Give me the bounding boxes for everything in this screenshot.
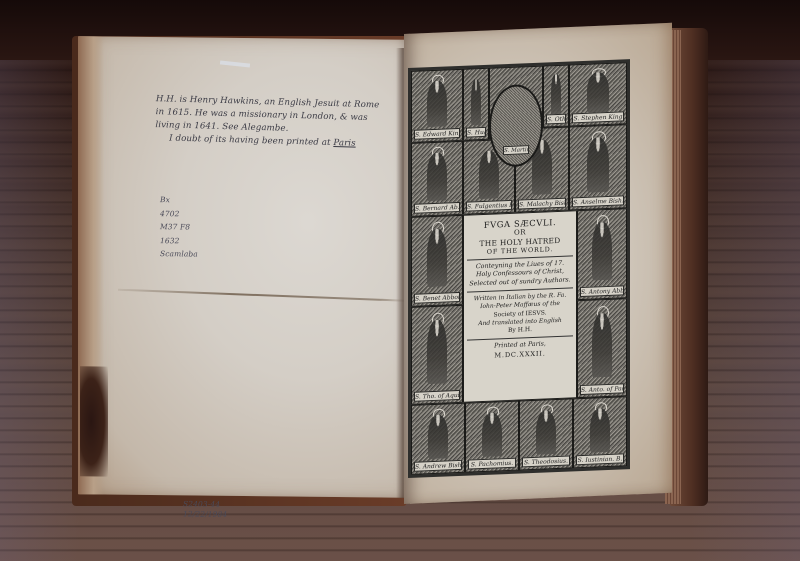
saint-panel: S. Edward King — [411, 69, 463, 143]
wood-table-left — [0, 60, 80, 561]
accession-line: S2403-44 — [183, 499, 227, 509]
saint-panel: S. Antony Abbot — [577, 208, 627, 300]
saint-figure — [592, 313, 611, 377]
shelfmark-line: Scamlaba — [160, 247, 198, 261]
left-page-flyleaf: H.H. is Henry Hawkins, an English Jesuit… — [78, 36, 406, 497]
saint-label: S. Hugh — [466, 127, 486, 138]
saint-panel: S. Benet Abbot — [411, 215, 463, 307]
saint-label: S. Edward King — [414, 128, 460, 140]
saint-label: S. Pachomius. — [468, 458, 516, 470]
imprint: Printed at Paris, M.DC.XXXII. — [464, 336, 576, 360]
saint-label: S. Anselme Bish. — [572, 195, 624, 207]
title-cartouche: FVGA SÆCVLI. OR THE HOLY HATRED OF THE W… — [463, 210, 577, 403]
saint-panel: S. Stephen King — [569, 62, 627, 126]
saint-figure — [427, 320, 447, 384]
saint-label: S. Stephen King — [572, 111, 624, 123]
title-description: Conteyning the Liues of 17. Holy Confess… — [467, 256, 573, 292]
page-crease — [118, 289, 408, 302]
saint-panel: S. Theodosius. — [519, 398, 573, 470]
saint-figure — [590, 407, 611, 453]
saint-panel: S. Tho. of Aquin. — [411, 305, 463, 405]
saint-label: S. Malachy Bish. — [518, 198, 566, 210]
saint-label: S. Otho — [546, 114, 566, 125]
author-statement: Written in Italian by the R. Fa. Iohn-Pe… — [467, 289, 573, 341]
shelfmark-line: Bx — [160, 193, 198, 207]
saint-label: S. Iustinian. B. — [576, 453, 624, 465]
saint-figure — [587, 137, 609, 192]
saint-label: S. Tho. of Aquin. — [414, 390, 460, 402]
saint-label: S. Antony Abbot — [580, 285, 624, 297]
saint-panel: S. Pachomius. — [465, 401, 519, 473]
saint-figure — [536, 410, 557, 456]
underlined-word: Paris — [333, 138, 355, 149]
saint-label: S. Benet Abbot — [414, 292, 460, 304]
saint-label: S. Fulgentius B. — [466, 200, 512, 212]
saint-panel: S. Anto. of Padua — [577, 298, 627, 398]
saint-figure — [482, 412, 503, 458]
saint-label: S. Bernard Ab. — [414, 202, 460, 214]
handwritten-note: H.H. is Henry Hawkins, an English Jesuit… — [155, 93, 379, 151]
saint-panel: S. Iustinian. B. — [573, 396, 627, 468]
saint-panel: S. Bernard Ab. — [411, 141, 463, 217]
water-stain — [80, 366, 108, 476]
saint-label: S. Theodosius. — [522, 455, 570, 467]
saint-label: S. Anto. of Padua — [580, 383, 624, 395]
saint-figure — [592, 222, 611, 281]
saint-figure — [428, 414, 449, 460]
saint-figure — [471, 79, 481, 126]
saint-figure — [551, 74, 561, 114]
shelfmark-line: M37 F8 — [160, 220, 198, 234]
shelfmark-line: 1632 — [160, 234, 198, 248]
engraved-title-page: S. Edward King S. Hugh S. Otho S. Stephe… — [408, 59, 630, 478]
saint-panel: S. Anselme Bish. — [569, 124, 627, 210]
saint-panel-grid: S. Edward King S. Hugh S. Otho S. Stephe… — [411, 62, 627, 475]
saint-figure — [427, 229, 447, 288]
saint-panel: S. Hugh — [463, 68, 489, 141]
saint-figure — [427, 80, 447, 127]
shelfmark-line: 4702 — [160, 207, 198, 221]
saint-panel: S. Andrew Bish. — [411, 403, 465, 475]
shelfmark: Bx 4702 M37 F8 1632 Scamlaba — [160, 193, 198, 261]
saint-figure — [427, 153, 447, 201]
photo-scene: H.H. is Henry Hawkins, an English Jesuit… — [0, 0, 800, 561]
saint-figure — [587, 72, 609, 112]
medallion-label: S. Martin — [503, 145, 529, 155]
accession-numbers: S2403-44 12/22/1984 — [183, 499, 227, 519]
saint-panel: S. Otho — [543, 65, 569, 128]
open-book: H.H. is Henry Hawkins, an English Jesuit… — [70, 28, 710, 518]
accession-line: 12/22/1984 — [183, 509, 227, 519]
saint-figure — [479, 150, 499, 198]
saint-label: S. Andrew Bish. — [414, 460, 462, 472]
